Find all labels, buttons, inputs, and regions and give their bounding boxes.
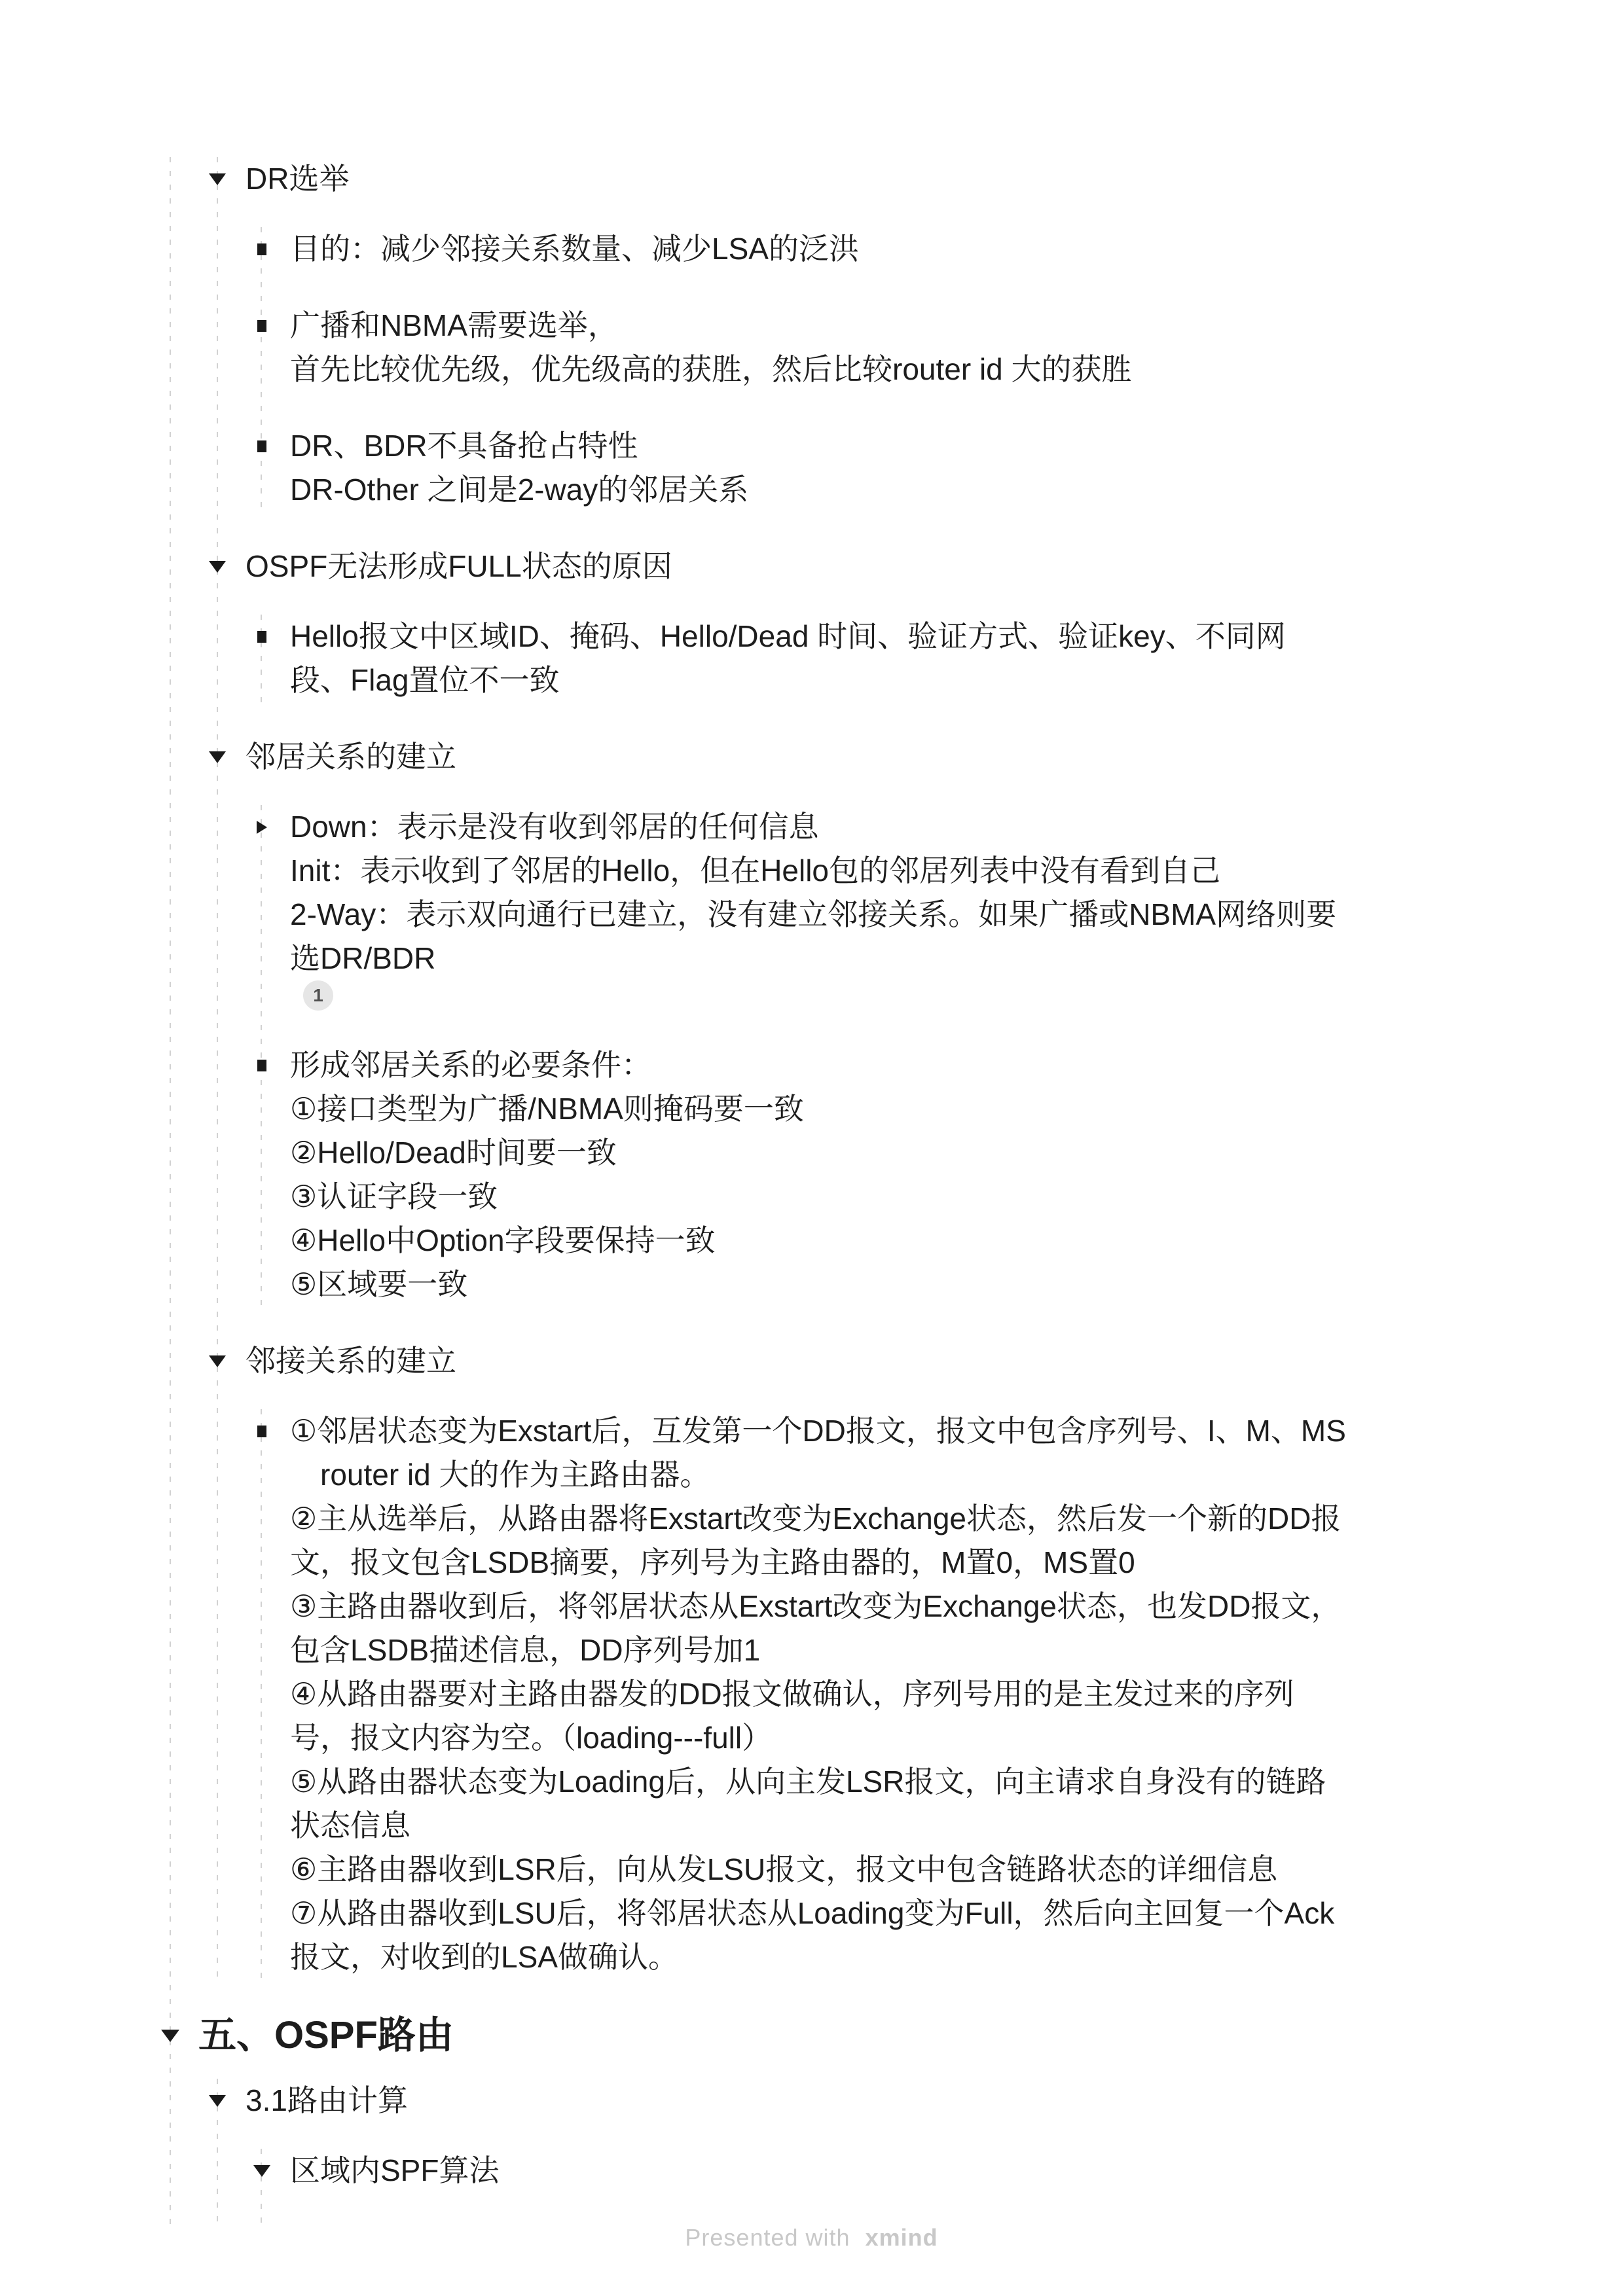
collapse-toggle[interactable] — [208, 157, 227, 201]
square-bullet-icon — [257, 243, 266, 255]
children-list: 目的：减少邻接关系数量、减少LSA的泛洪 广播和NBMA需要选举， 首先比较优先… — [261, 227, 1623, 512]
xmind-logo: xmind — [866, 2224, 938, 2251]
node-neighbor-states: Down：表示是没有收到邻居的任何信息 Init：表示收到了邻居的Hello，但… — [290, 805, 1623, 1011]
section5-children-list: 3.1路由计算 区域内SPF算法 — [217, 2079, 1623, 2229]
square-bullet-icon — [257, 320, 266, 332]
square-bullet-icon — [257, 1060, 266, 1071]
node-neighbor-relationship: 邻居关系的建立 Down：表示是没有收到邻居的任何信息 Init：表示收到了邻居… — [246, 735, 1623, 1306]
triangle-right-icon — [257, 821, 267, 834]
triangle-down-icon — [209, 1355, 226, 1367]
collapse-toggle[interactable] — [208, 735, 227, 779]
node-label: Down：表示是没有收到邻居的任何信息 Init：表示收到了邻居的Hello，但… — [290, 805, 1534, 980]
node-dr-purpose: 目的：减少邻接关系数量、减少LSA的泛洪 — [290, 227, 1623, 271]
children-list: Down：表示是没有收到邻居的任何信息 Init：表示收到了邻居的Hello，但… — [261, 805, 1623, 1306]
triangle-down-icon — [209, 2095, 226, 2107]
bullet — [253, 615, 271, 658]
section4-children-list: DR选举 目的：减少邻接关系数量、减少LSA的泛洪 广播和NBMA需要选举， 首… — [217, 157, 1623, 1979]
footer: Presented with xmind — [0, 2224, 1623, 2251]
triangle-down-icon — [209, 561, 226, 573]
node-broadcast-nbma-election: 广播和NBMA需要选举， 首先比较优先级，优先级高的获胜，然后比较router … — [290, 304, 1623, 391]
collapse-toggle[interactable] — [208, 1339, 227, 1383]
triangle-down-icon — [161, 2030, 179, 2042]
triangle-down-icon — [253, 2165, 270, 2177]
node-dr-bdr-no-preempt: DR、BDR不具备抢占特性 DR-Other 之间是2-way的邻居关系 — [290, 424, 1623, 512]
node-hello-field-mismatch: Hello报文中区域ID、掩码、Hello/Dead 时间、验证方式、验证key… — [290, 615, 1623, 702]
bullet — [253, 1043, 271, 1087]
node-label: Hello报文中区域ID、掩码、Hello/Dead 时间、验证方式、验证key… — [290, 615, 1534, 702]
node-label: 邻接关系的建立 — [246, 1339, 1489, 1383]
node-adjacency-steps: ①邻居状态变为Exstart后，互发第一个DD报文，报文中包含序列号、I、M、M… — [290, 1409, 1623, 1979]
notes-count-badge[interactable]: 1 — [303, 980, 333, 1011]
children-list: 区域内SPF算法 — [261, 2149, 1623, 2229]
node-route-calculation: 3.1路由计算 区域内SPF算法 — [246, 2079, 1623, 2229]
node-intra-area-spf: 区域内SPF算法 — [290, 2149, 1623, 2193]
node-label: ①邻居状态变为Exstart后，互发第一个DD报文，报文中包含序列号、I、M、M… — [290, 1409, 1534, 1979]
node-label: 目的：减少邻接关系数量、减少LSA的泛洪 — [290, 227, 1534, 271]
bullet — [253, 1409, 271, 1453]
children-list: ①邻居状态变为Exstart后，互发第一个DD报文，报文中包含序列号、I、M、M… — [261, 1409, 1623, 1979]
bullet — [253, 227, 271, 271]
footer-text: Presented with — [685, 2224, 850, 2251]
collapse-toggle[interactable] — [161, 2009, 179, 2062]
node-label: 形成邻居关系的必要条件： ①接口类型为广播/NBMA则掩码要一致 ②Hello/… — [290, 1043, 1534, 1306]
bullet — [253, 424, 271, 468]
collapse-toggle[interactable] — [253, 2149, 271, 2193]
node-label: 区域内SPF算法 — [290, 2149, 1534, 2193]
triangle-down-icon — [209, 173, 226, 185]
outline-branch-section5: 五、OSPF路由 3.1路由计算 区域内SPF算法 — [198, 2009, 1623, 2229]
node-label: 广播和NBMA需要选举， 首先比较优先级，优先级高的获胜，然后比较router … — [290, 304, 1534, 391]
square-bullet-icon — [257, 631, 266, 643]
node-label: 3.1路由计算 — [246, 2079, 1489, 2123]
node-label: DR、BDR不具备抢占特性 DR-Other 之间是2-way的邻居关系 — [290, 424, 1534, 512]
expand-toggle[interactable] — [253, 805, 271, 849]
square-bullet-icon — [257, 440, 266, 452]
collapse-toggle[interactable] — [208, 2079, 227, 2123]
triangle-down-icon — [209, 751, 226, 763]
children-list: Hello报文中区域ID、掩码、Hello/Dead 时间、验证方式、验证key… — [261, 615, 1623, 702]
node-label: 邻居关系的建立 — [246, 735, 1489, 779]
outline-page: DR选举 目的：减少邻接关系数量、减少LSA的泛洪 广播和NBMA需要选举， 首… — [170, 157, 1623, 2229]
section-title: 五、OSPF路由 — [198, 2009, 1442, 2062]
bullet — [253, 304, 271, 348]
outline-branch-section4-continued: DR选举 目的：减少邻接关系数量、减少LSA的泛洪 广播和NBMA需要选举， 首… — [198, 157, 1623, 1979]
collapse-toggle[interactable] — [208, 545, 227, 588]
square-bullet-icon — [257, 1426, 266, 1437]
node-label: OSPF无法形成FULL状态的原因 — [246, 545, 1489, 588]
node-dr-election: DR选举 目的：减少邻接关系数量、减少LSA的泛洪 广播和NBMA需要选举， 首… — [246, 157, 1623, 512]
node-ospf-full-failure-reasons: OSPF无法形成FULL状态的原因 Hello报文中区域ID、掩码、Hello/… — [246, 545, 1623, 702]
node-adjacency-establishment: 邻接关系的建立 ①邻居状态变为Exstart后，互发第一个DD报文，报文中包含序… — [246, 1339, 1623, 1979]
node-neighbor-requirements: 形成邻居关系的必要条件： ①接口类型为广播/NBMA则掩码要一致 ②Hello/… — [290, 1043, 1623, 1306]
node-label: DR选举 — [246, 157, 1489, 201]
